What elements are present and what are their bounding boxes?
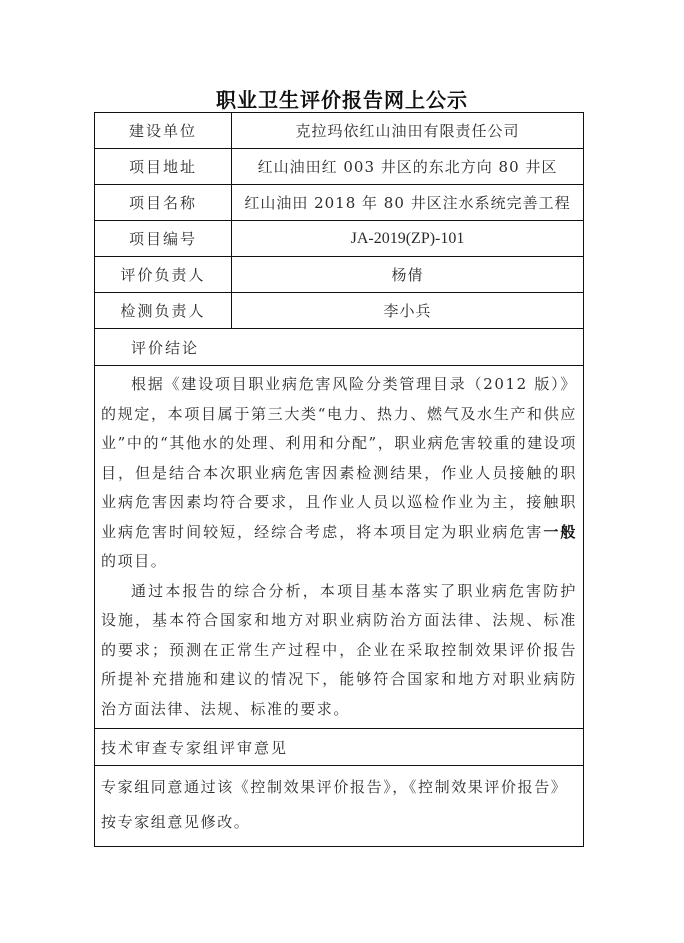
field-value-construction-unit: 克拉玛依红山油田有限责任公司 <box>232 113 584 149</box>
table-row-conclusion-heading: 评价结论 <box>95 329 584 366</box>
field-label-project-name: 项目名称 <box>95 185 232 221</box>
table-row-construction-unit: 建设单位 克拉玛依红山油田有限责任公司 <box>95 113 584 149</box>
field-value-project-name: 红山油田 2018 年 80 井区注水系统完善工程 <box>232 185 584 221</box>
expert-review-heading: 技术审查专家组评审意见 <box>95 729 584 766</box>
risk-level-emphasis: 一般 <box>543 523 577 541</box>
table-row-project-number: 项目编号 JA-2019(ZP)-101 <box>95 221 584 257</box>
conclusion-paragraph-1-text: 根据《建设项目职业病危害风险分类管理目录（2012 版）》的规定，本项目属于第三… <box>101 375 577 541</box>
field-value-project-address: 红山油田红 003 井区的东北方向 80 井区 <box>232 149 584 185</box>
table-row-expert-opinion: 专家组同意通过该《控制效果评价报告》，《控制效果评价报告》按专家组意见修改。 <box>95 766 584 847</box>
table-row-project-address: 项目地址 红山油田红 003 井区的东北方向 80 井区 <box>95 149 584 185</box>
field-label-project-number: 项目编号 <box>95 221 232 257</box>
conclusion-paragraph-1: 根据《建设项目职业病危害风险分类管理目录（2012 版）》的规定，本项目属于第三… <box>101 370 577 577</box>
conclusion-heading: 评价结论 <box>95 329 584 366</box>
conclusion-paragraph-2: 通过本报告的综合分析，本项目基本落实了职业病危害防护设施，基本符合国家和地方对职… <box>101 577 577 725</box>
disclosure-table: 建设单位 克拉玛依红山油田有限责任公司 项目地址 红山油田红 003 井区的东北… <box>94 112 584 847</box>
conclusion-body: 根据《建设项目职业病危害风险分类管理目录（2012 版）》的规定，本项目属于第三… <box>95 366 584 729</box>
field-value-testing-lead: 李小兵 <box>232 293 584 329</box>
page-title: 职业卫生评价报告网上公示 <box>0 84 684 113</box>
table-row-project-name: 项目名称 红山油田 2018 年 80 井区注水系统完善工程 <box>95 185 584 221</box>
field-label-evaluation-lead: 评价负责人 <box>95 257 232 293</box>
field-label-testing-lead: 检测负责人 <box>95 293 232 329</box>
field-value-project-number: JA-2019(ZP)-101 <box>232 221 584 257</box>
table-row-evaluation-lead: 评价负责人 杨倩 <box>95 257 584 293</box>
table-row-testing-lead: 检测负责人 李小兵 <box>95 293 584 329</box>
expert-review-opinion: 专家组同意通过该《控制效果评价报告》，《控制效果评价报告》按专家组意见修改。 <box>95 766 584 847</box>
table-row-expert-heading: 技术审查专家组评审意见 <box>95 729 584 766</box>
field-value-evaluation-lead: 杨倩 <box>232 257 584 293</box>
field-label-project-address: 项目地址 <box>95 149 232 185</box>
field-label-construction-unit: 建设单位 <box>95 113 232 149</box>
conclusion-paragraph-1-tail: 的项目。 <box>101 552 167 570</box>
table-row-conclusion-body: 根据《建设项目职业病危害风险分类管理目录（2012 版）》的规定，本项目属于第三… <box>95 366 584 729</box>
